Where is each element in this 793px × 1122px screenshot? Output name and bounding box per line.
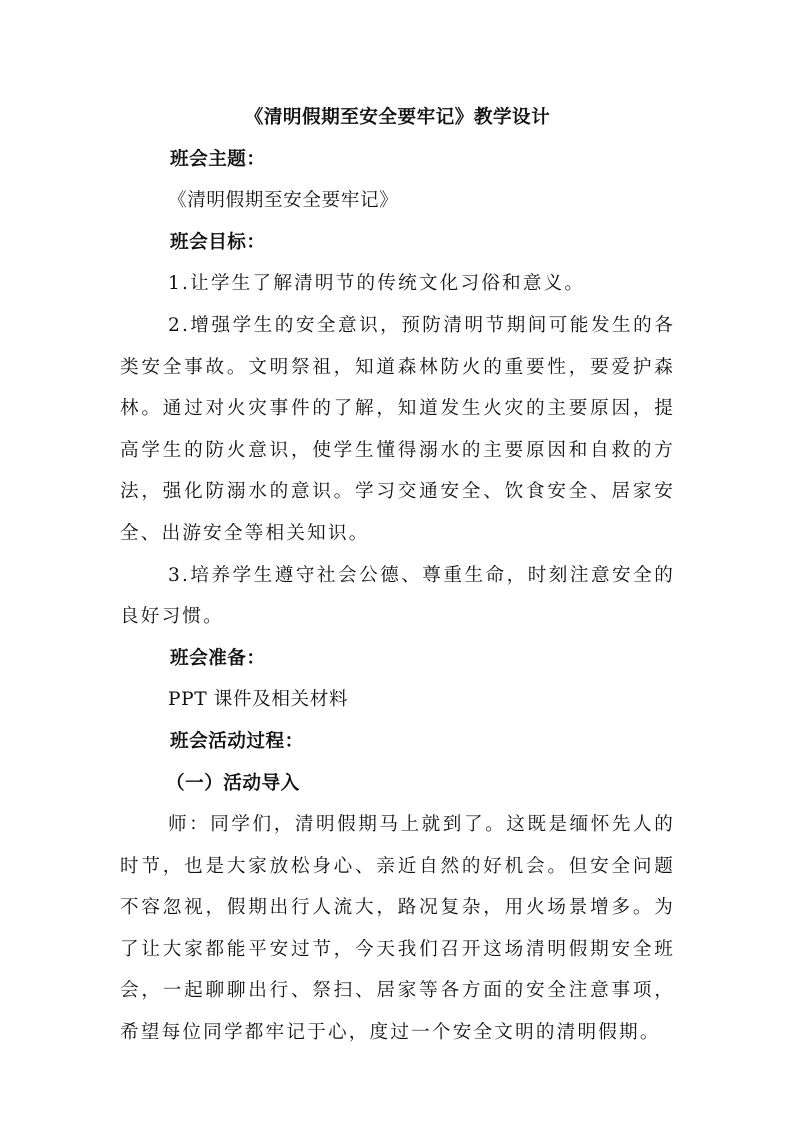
preparation-content: PPT 课件及相关材料 (120, 679, 675, 721)
goal-item-3: 3.培养学生遵守社会公德、尊重生命，时刻注意安全的良好习惯。 (120, 555, 675, 638)
process-heading: 班会活动过程： (120, 721, 675, 763)
document-title: 《清明假期至安全要牢记》教学设计 (120, 97, 675, 139)
section-1-heading: （一）活动导入 (120, 763, 675, 805)
section-1-paragraph: 师：同学们，清明假期马上就到了。这既是缅怀先人的时节，也是大家放松身心、亲近自然… (120, 804, 675, 1054)
goal-item-2: 2.增强学生的安全意识，预防清明节期间可能发生的各类安全事故。文明祭祖，知道森林… (120, 305, 675, 555)
theme-heading: 班会主题： (120, 139, 675, 181)
preparation-heading: 班会准备： (120, 638, 675, 680)
theme-content: 《清明假期至安全要牢记》 (120, 180, 675, 222)
goal-item-1: 1.让学生了解清明节的传统文化习俗和意义。 (120, 263, 675, 305)
goals-heading: 班会目标： (120, 222, 675, 264)
document-page: 《清明假期至安全要牢记》教学设计 班会主题： 《清明假期至安全要牢记》 班会目标… (120, 97, 675, 1054)
